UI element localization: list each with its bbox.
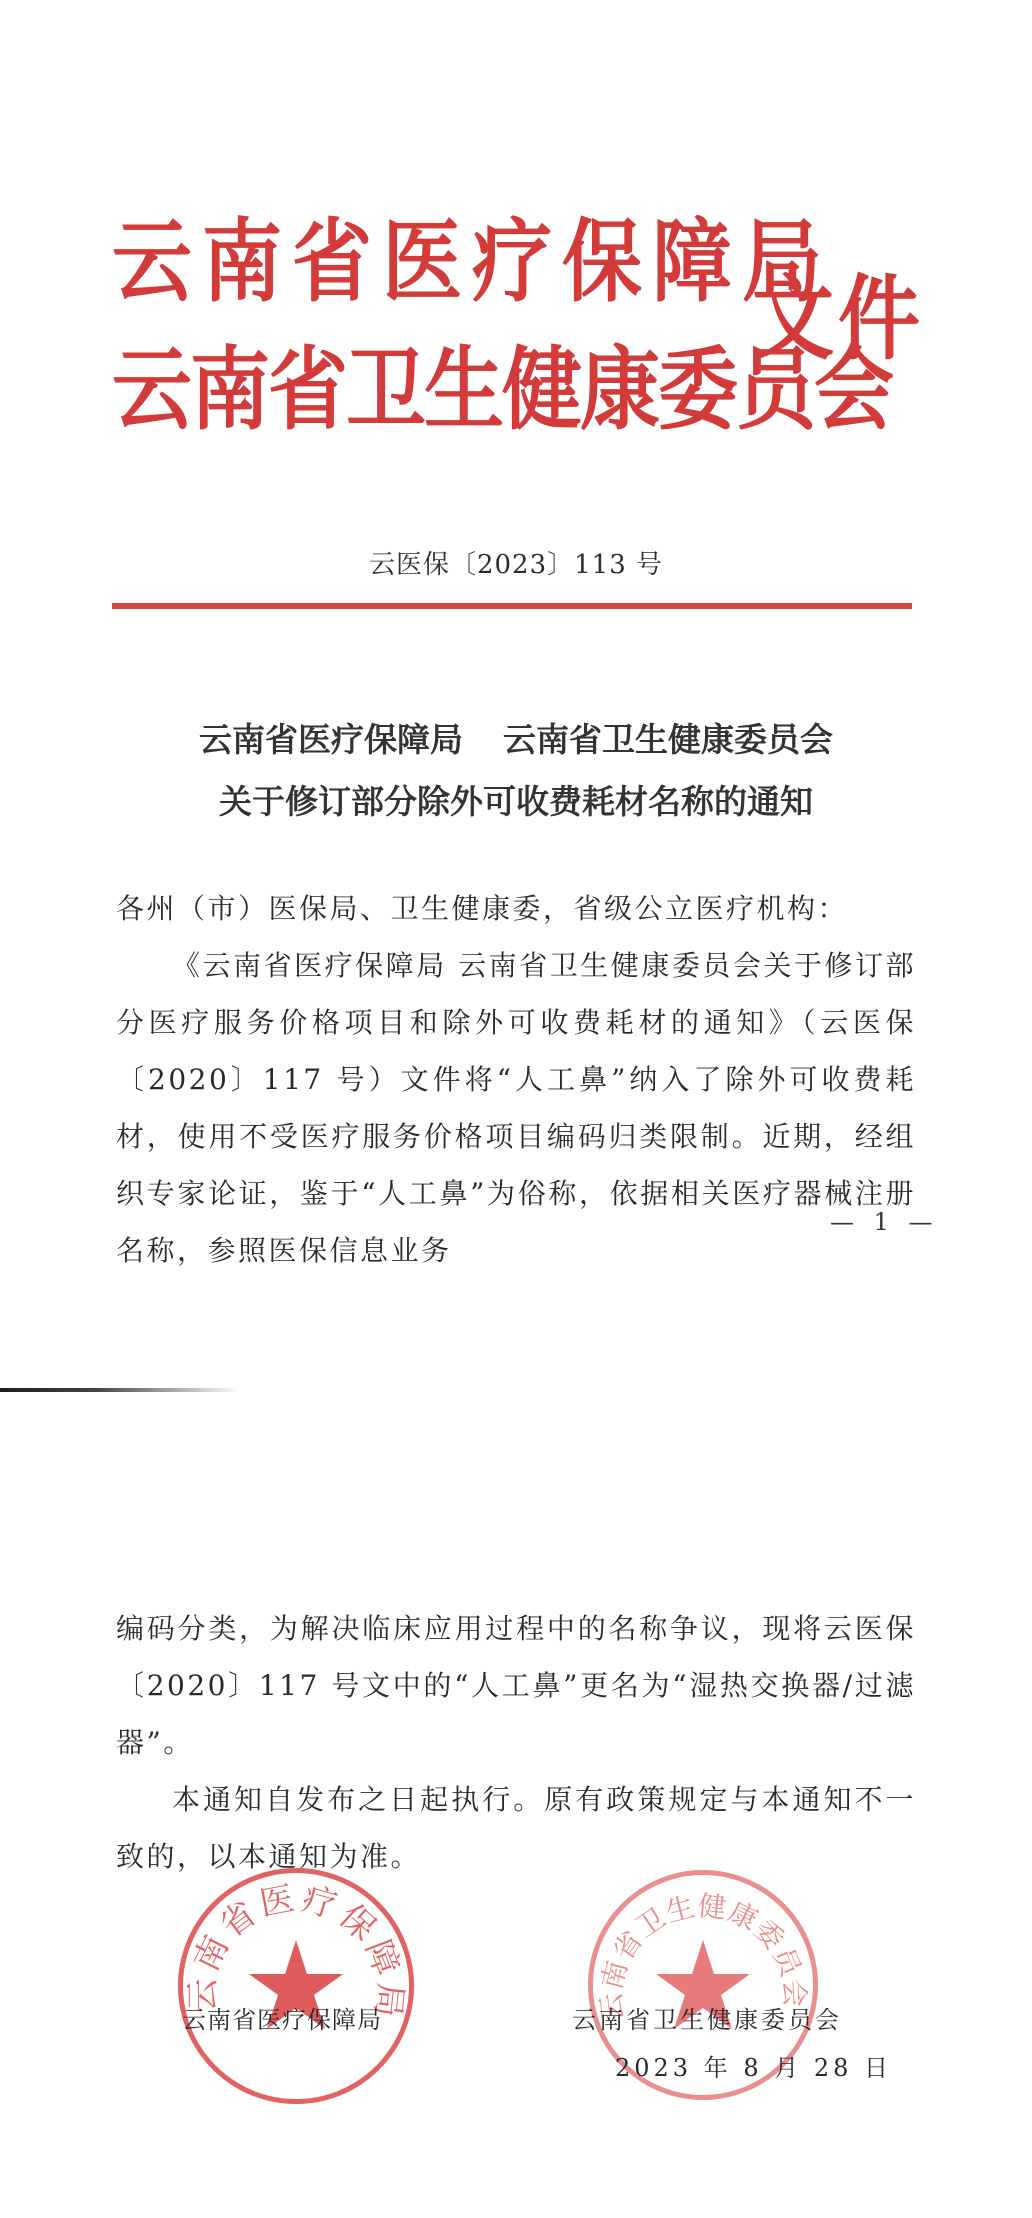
title-subject: 关于修订部分除外可收费耗材名称的通知 — [0, 780, 1032, 824]
document-page-2: 编码分类，为解决临床应用过程中的名称争议，现将云医保〔2020〕117 号文中的… — [0, 1420, 1032, 2218]
body-text-page-1: 各州（市）医保局、卫生健康委，省级公立医疗机构： 《云南省医疗保障局 云南省卫生… — [116, 880, 916, 1279]
paragraph-1-continued: 编码分类，为解决临床应用过程中的名称争议，现将云医保〔2020〕117 号文中的… — [116, 1600, 916, 1771]
red-divider-rule — [112, 603, 912, 609]
header-document-label: 文件 — [752, 263, 924, 375]
seal-star-icon: 云南省医疗保障局 — [178, 1868, 414, 2104]
body-text-page-2: 编码分类，为解决临床应用过程中的名称争议，现将云医保〔2020〕117 号文中的… — [116, 1600, 916, 1885]
signature-medical-security: 云南省医疗保障局 — [182, 2000, 382, 2035]
title-issuers: 云南省医疗保障局云南省卫生健康委员会 — [0, 718, 1032, 762]
signature-health-commission: 云南省卫生健康委员会 — [572, 2000, 842, 2035]
paragraph-1: 《云南省医疗保障局 云南省卫生健康委员会关于修订部分医疗服务价格项目和除外可收费… — [116, 937, 916, 1279]
salutation: 各州（市）医保局、卫生健康委，省级公立医疗机构： — [116, 880, 916, 937]
issue-date: 2023 年 8 月 28 日 — [615, 2048, 892, 2083]
red-header: 云南省医疗保障局 云南省卫生健康委员会 文件 — [112, 205, 942, 465]
document-number: 云医保〔2023〕113 号 — [0, 548, 1032, 582]
document-page-1: 云南省医疗保障局 云南省卫生健康委员会 文件 云医保〔2023〕113 号 云南… — [0, 0, 1032, 1390]
title-issuer-2: 云南省卫生健康委员会 — [503, 720, 833, 759]
title-issuer-1: 云南省医疗保障局 — [199, 720, 463, 759]
official-seal-medical-security: 云南省医疗保障局 — [178, 1868, 414, 2104]
page-number: — 1 — — [830, 1208, 939, 1236]
scan-edge-streak — [0, 1388, 240, 1392]
header-issuer-medical-security: 云南省医疗保障局 — [112, 205, 832, 317]
